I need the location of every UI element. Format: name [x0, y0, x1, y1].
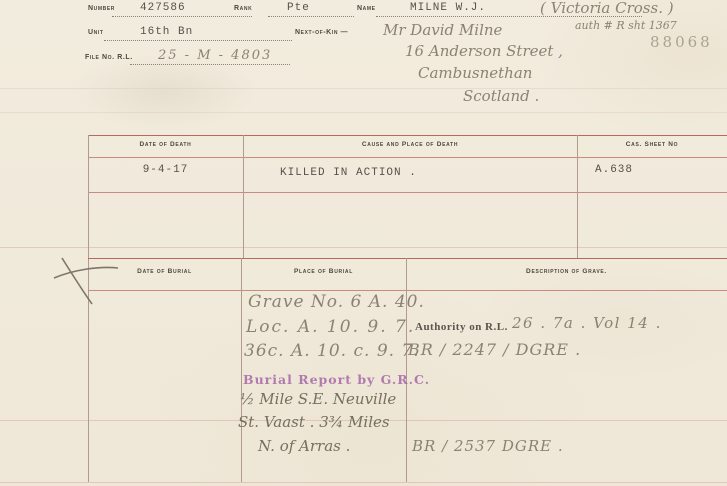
table-border [243, 135, 244, 258]
rank-value: Pte [287, 2, 310, 14]
next-of-kin-label: Next-of-Kin — [295, 29, 348, 36]
place-of-burial-line: Grave No. 6 A. 40. [248, 292, 425, 312]
name-value: MILNE W.J. [410, 2, 486, 14]
form-underline [268, 16, 354, 17]
rule-line [0, 482, 727, 483]
death-date-value: 9-4-17 [88, 164, 243, 176]
table-border [88, 258, 727, 259]
place-of-burial-line: 36c. A. 10. c. 9. 7. [244, 341, 420, 361]
next-of-kin-address-line3: Scotland . [463, 87, 539, 105]
burial-location-line: N. of Arras . [258, 437, 350, 455]
form-underline [104, 40, 292, 41]
table-border [577, 135, 578, 258]
table-border [241, 258, 242, 482]
death-cause-value: KILLED IN ACTION . [280, 167, 417, 179]
grave-description-header: Description of Grave. [406, 268, 727, 275]
rule-line [0, 112, 727, 113]
unit-label: Unit [88, 29, 104, 36]
table-border [88, 290, 727, 291]
table-border [88, 157, 727, 158]
auth-note: auth # R sht 1367 [575, 19, 677, 32]
death-cause-header: Cause and Place of Death [243, 141, 577, 148]
form-underline [130, 64, 290, 65]
registry-stamp-number: 88068 [650, 33, 713, 51]
rule-line [0, 247, 727, 248]
rule-line [0, 88, 727, 89]
authority-value: 26 . 7a . Vol 14 . [512, 314, 662, 332]
service-record-card: Number 427586 Rank Pte Name MILNE W.J. (… [0, 0, 727, 486]
cas-sheet-value: A.638 [595, 164, 633, 176]
authority-stamp: Authority on R.L. [415, 321, 508, 333]
number-value: 427586 [140, 2, 186, 14]
x-mark [48, 254, 122, 306]
unit-value: 16th Bn [140, 26, 193, 38]
place-of-burial-line: Loc. A. 10. 9. 7. [246, 317, 415, 337]
table-border [88, 135, 727, 136]
name-annotation: ( Victoria Cross. ) [540, 0, 674, 17]
burial-location-line: St. Vaast . 3¾ Miles [238, 413, 390, 431]
rank-label: Rank [234, 5, 252, 12]
form-underline [376, 16, 642, 17]
form-underline [112, 16, 252, 17]
death-date-header: Date of Death [88, 141, 243, 148]
file-no-label: File No. R.L. [85, 54, 133, 61]
next-of-kin-address-line2: Cambusnethan [418, 64, 532, 82]
next-of-kin-address-line1: 16 Anderson Street , [405, 42, 563, 60]
number-label: Number [88, 5, 115, 12]
grave-reference: BR / 2247 / DGRE . [408, 340, 581, 359]
cas-sheet-header: Cas. Sheet No [577, 141, 727, 148]
table-border [88, 135, 89, 482]
file-no-value: 25 - M - 4803 [158, 48, 272, 63]
burial-location-line: ½ Mile S.E. Neuville [240, 390, 396, 408]
table-border [88, 192, 727, 193]
burial-place-header: Place of Burial [241, 268, 406, 275]
name-label: Name [357, 5, 376, 12]
next-of-kin-name: Mr David Milne [383, 21, 502, 39]
burial-report-stamp: Burial Report by G.R.C. [243, 372, 430, 387]
burial-reference: BR / 2537 DGRE . [412, 437, 564, 455]
